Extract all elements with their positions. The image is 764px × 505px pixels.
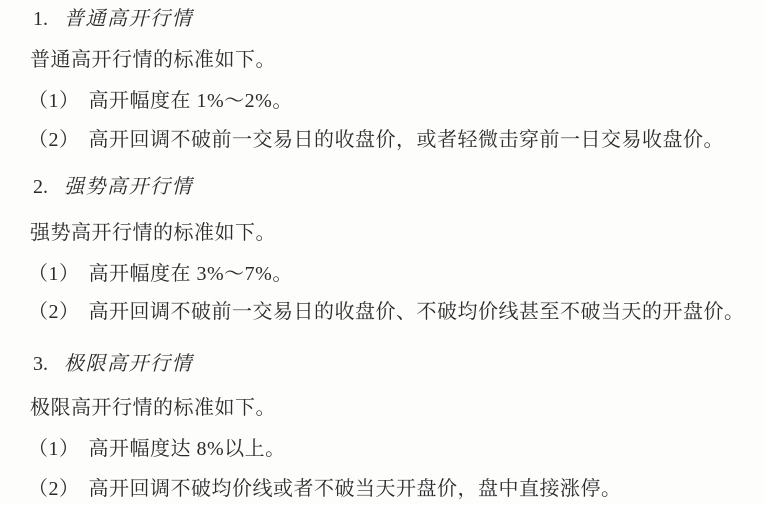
section-number: 2.: [33, 176, 48, 198]
section-number: 3.: [33, 353, 48, 375]
list-item-marker: （1）: [28, 90, 80, 112]
list-item-text: 高开回调不破均价线或者不破当天开盘价，盘中直接涨停。: [89, 478, 622, 500]
list-item-text: 高开回调不破前一交易日的收盘价、不破均价线甚至不破当天的开盘价。: [89, 301, 745, 323]
list-item: （2）高开回调不破前一交易日的收盘价、不破均价线甚至不破当天的开盘价。: [28, 300, 745, 324]
list-item-text: 高开幅度在 1%～2%。: [89, 90, 293, 112]
list-item-marker: （1）: [28, 438, 80, 460]
list-item: （2）高开回调不破均价线或者不破当天开盘价，盘中直接涨停。: [28, 477, 622, 501]
list-item-marker: （2）: [28, 301, 80, 323]
section-title: 普通高开行情: [64, 8, 193, 30]
section-number: 1.: [33, 8, 48, 30]
list-item-text: 高开幅度在 3%～7%。: [89, 263, 293, 285]
section-heading: 2.强势高开行情: [33, 175, 193, 199]
list-item-marker: （2）: [28, 129, 80, 151]
list-item-marker: （1）: [28, 263, 80, 285]
list-item: （2）高开回调不破前一交易日的收盘价，或者轻微击穿前一日交易收盘价。: [28, 128, 724, 152]
section-title: 强势高开行情: [64, 176, 193, 198]
section-heading: 1.普通高开行情: [33, 7, 193, 31]
section-title: 极限高开行情: [64, 353, 193, 375]
section-intro: 极限高开行情的标准如下。: [30, 396, 276, 420]
section-intro: 普通高开行情的标准如下。: [30, 48, 276, 72]
section-heading: 3.极限高开行情: [33, 352, 193, 376]
document-page: 1.普通高开行情 普通高开行情的标准如下。 （1）高开幅度在 1%～2%。 （2…: [0, 0, 764, 505]
list-item-text: 高开幅度达 8%以上。: [89, 438, 286, 460]
list-item-text: 高开回调不破前一交易日的收盘价，或者轻微击穿前一日交易收盘价。: [89, 129, 725, 151]
list-item-marker: （2）: [28, 478, 80, 500]
list-item: （1）高开幅度达 8%以上。: [28, 437, 286, 461]
section-intro: 强势高开行情的标准如下。: [30, 221, 276, 245]
list-item: （1）高开幅度在 3%～7%。: [28, 262, 293, 286]
list-item: （1）高开幅度在 1%～2%。: [28, 89, 293, 113]
